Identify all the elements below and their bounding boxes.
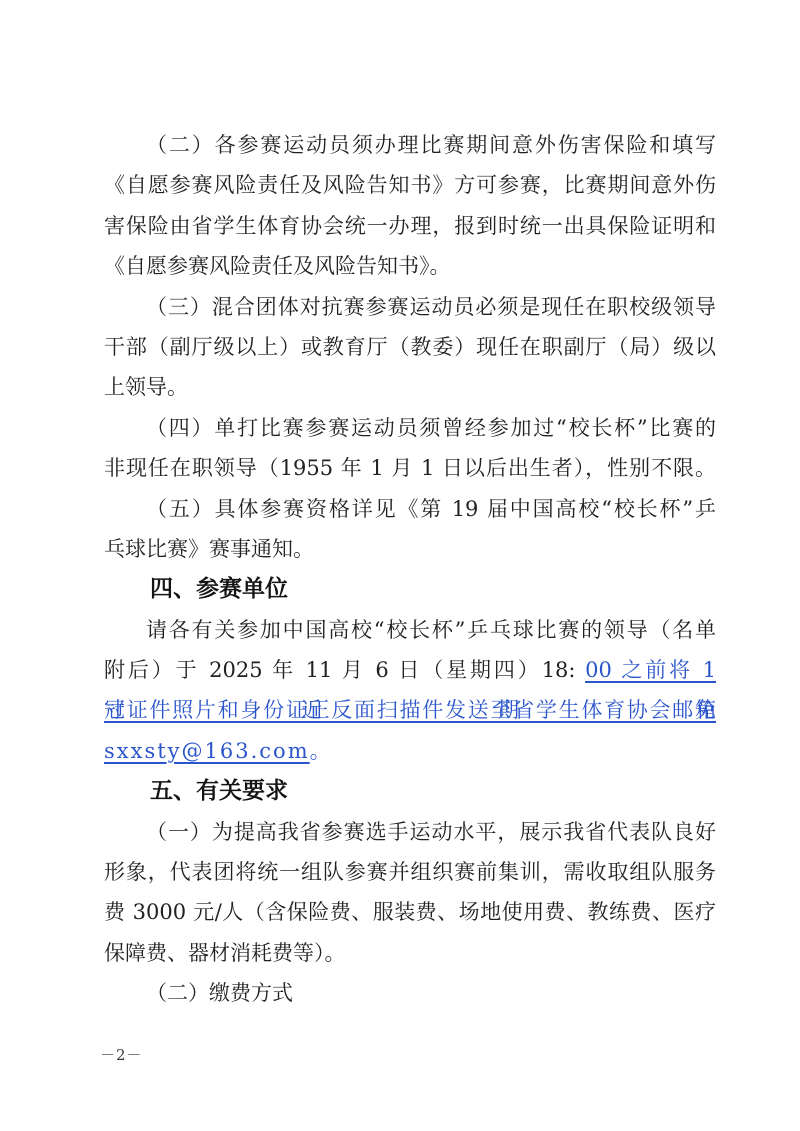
text-line: 干部（副厅级以上）或教育厅（教委）现任在职副厅（局）级以 bbox=[104, 327, 716, 367]
text-line: （四）单打比赛参赛运动员须曾经参加过“校长杯”比赛的 bbox=[104, 408, 716, 448]
document-page: （二）各参赛运动员须办理比赛期间意外伤害保险和填写《自愿参赛风险责任及风险告知书… bbox=[0, 0, 800, 1131]
text-line: 上领导。 bbox=[104, 367, 716, 407]
body-text: 形象，代表团将统一组队参赛并组织赛前集训，需收取组队服务 bbox=[104, 860, 716, 884]
text-line: （二）各参赛运动员须办理比赛期间意外伤害保险和填写 bbox=[104, 125, 716, 165]
section-heading-line: 五、有关要求 bbox=[104, 771, 716, 811]
section-heading-line: 四、参赛单位 bbox=[104, 569, 716, 609]
body-text: 附后）于 2025 年 11 月 6 日（星期四）18: bbox=[104, 658, 585, 682]
text-line: 保障费、器材消耗费等）。 bbox=[104, 933, 716, 973]
body-text: （二）各参赛运动员须办理比赛期间意外伤害保险和填写 bbox=[146, 133, 716, 157]
text-line: （三）混合团体对抗赛参赛运动员必须是现任在职校级领导 bbox=[104, 287, 716, 327]
text-line: （五）具体参赛资格详见《第 19 届中国高校“校长杯”乒 bbox=[104, 489, 716, 529]
text-line: 《自愿参赛风险责任及风险告知书》。 bbox=[104, 246, 716, 286]
email-link[interactable]: sxxsty@163.com bbox=[104, 739, 310, 763]
text-line: 非现任在职领导（1955 年 1 月 1 日以后出生者），性别不限。 bbox=[104, 448, 716, 488]
text-line: 请各有关参加中国高校“校长杯”乒乓球比赛的领导（名单 bbox=[104, 610, 716, 650]
text-line: 费 3000 元/人（含保险费、服装费、场地使用费、教练费、医疗 bbox=[104, 892, 716, 932]
text-line: 形象，代表团将统一组队参赛并组织赛前集训，需收取组队服务 bbox=[104, 852, 716, 892]
text-line: sxxsty@163.com。 bbox=[104, 731, 716, 771]
text-line: 害保险由省学生体育协会统一办理，报到时统一出具保险证明和 bbox=[104, 206, 716, 246]
body-text: （三）混合团体对抗赛参赛运动员必须是现任在职校级领导 bbox=[146, 295, 716, 319]
body-text: 《自愿参赛风险责任及风险告知书》。 bbox=[104, 254, 451, 278]
body-text: （五）具体参赛资格详见《第 19 届中国高校“校长杯”乒 bbox=[146, 497, 716, 521]
body-text: （一）为提高我省参赛选手运动水平，展示我省代表队良好 bbox=[146, 820, 716, 844]
body-text: （四）单打比赛参赛运动员须曾经参加过“校长杯”比赛的 bbox=[146, 416, 716, 440]
text-line: 附后）于 2025 年 11 月 6 日（星期四）18: 00 之前将 1 寸近… bbox=[104, 650, 716, 690]
body-text: 干部（副厅级以上）或教育厅（教委）现任在职副厅（局）级以 bbox=[104, 335, 716, 359]
body-text: 《自愿参赛风险责任及风险告知书》方可参赛，比赛期间意外伤 bbox=[104, 173, 716, 197]
section-heading-4: 四、参赛单位 bbox=[150, 576, 288, 602]
body-text: 费 3000 元/人（含保险费、服装费、场地使用费、教练费、医疗 bbox=[104, 900, 716, 924]
instructions-hyperlink[interactable]: 冠证件照片和身份证正反面扫描件发送至省学生体育协会邮箱 bbox=[104, 698, 716, 722]
body-text: 上领导。 bbox=[104, 375, 188, 399]
body-text: 保障费、器材消耗费等）。 bbox=[104, 941, 346, 965]
body-text: 乓球比赛》赛事通知。 bbox=[104, 537, 314, 561]
document-content: （二）各参赛运动员须办理比赛期间意外伤害保险和填写《自愿参赛风险责任及风险告知书… bbox=[104, 125, 716, 1014]
text-line: 乓球比赛》赛事通知。 bbox=[104, 529, 716, 569]
body-text: 非现任在职领导（1955 年 1 月 1 日以后出生者），性别不限。 bbox=[104, 456, 716, 480]
body-text: 请各有关参加中国高校“校长杯”乒乓球比赛的领导（名单 bbox=[146, 618, 716, 642]
page-number: －2－ bbox=[100, 1046, 143, 1064]
body-text: 害保险由省学生体育协会统一办理，报到时统一出具保险证明和 bbox=[104, 214, 716, 238]
link-punctuation: 。 bbox=[310, 739, 331, 763]
page-footer: －2－ bbox=[100, 1042, 143, 1068]
text-line: （一）为提高我省参赛选手运动水平，展示我省代表队良好 bbox=[104, 812, 716, 852]
section-heading-5: 五、有关要求 bbox=[150, 778, 288, 804]
text-line: 《自愿参赛风险责任及风险告知书》方可参赛，比赛期间意外伤 bbox=[104, 165, 716, 205]
text-line: （二）缴费方式 bbox=[104, 973, 716, 1013]
body-text: （二）缴费方式 bbox=[146, 981, 293, 1005]
text-line: 冠证件照片和身份证正反面扫描件发送至省学生体育协会邮箱 bbox=[104, 690, 716, 730]
